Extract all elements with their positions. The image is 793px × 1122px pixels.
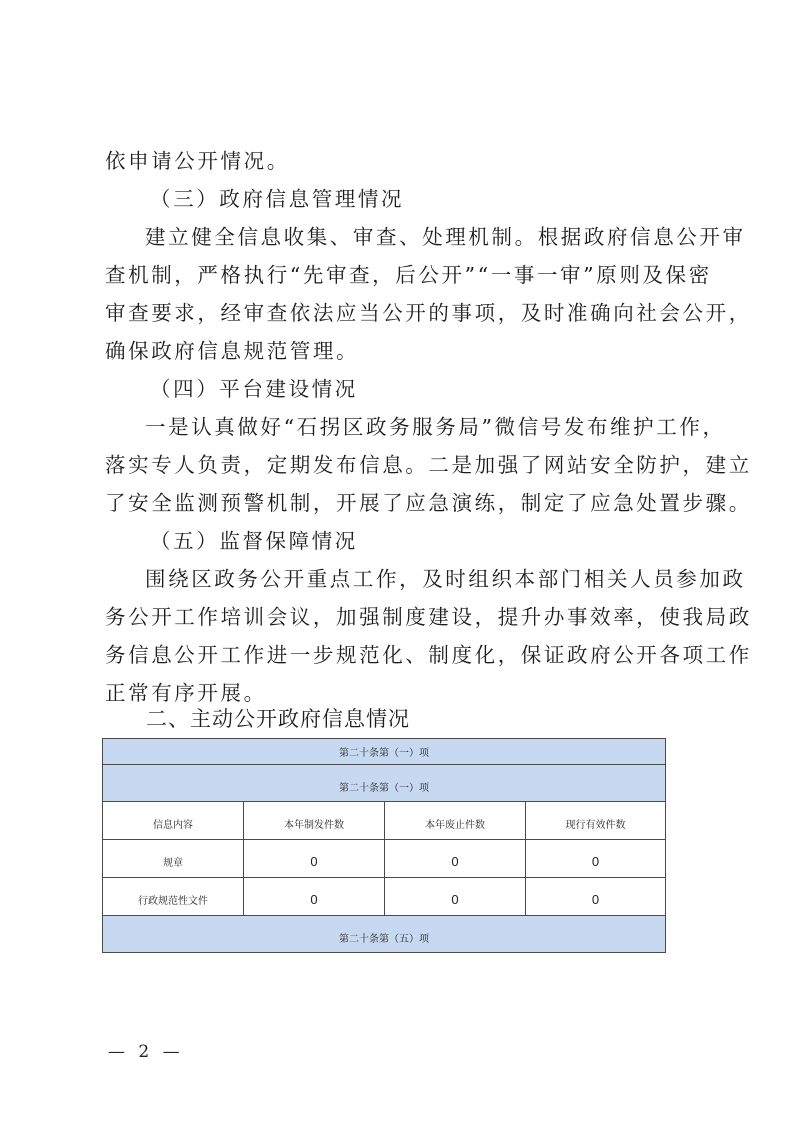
section-4-line-2: 落实专人负责，定期发布信息。二是加强了网站安全防护，建立: [105, 446, 690, 484]
table-footer-cell: 第二十条第（五）项: [103, 916, 666, 953]
table-header-row: 信息内容 本年制发件数 本年废止件数 现行有效件数: [103, 802, 666, 840]
valid-count: 0: [526, 840, 666, 878]
section-heading-5: （五）监督保障情况: [150, 522, 358, 560]
section-4-line-1: 一是认真做好“石拐区政务服务局”微信号发布维护工作，: [145, 408, 690, 446]
column-header: 本年制发件数: [244, 802, 385, 840]
section-heading-4: （四）平台建设情况: [150, 370, 358, 408]
section-4-line-3: 了安全监测预警机制，开展了应急演练，制定了应急处置步骤。: [105, 484, 690, 522]
issued-count: 0: [244, 878, 385, 916]
section-heading-3: （三）政府信息管理情况: [150, 180, 404, 218]
abolished-count: 0: [385, 840, 526, 878]
valid-count: 0: [526, 878, 666, 916]
column-header: 本年废止件数: [385, 802, 526, 840]
table-row: 规章 0 0 0: [103, 840, 666, 878]
table-title-cell: 第二十条第（一）项: [103, 739, 666, 765]
table-footer-row: 第二十条第（五）项: [103, 916, 666, 953]
issued-count: 0: [244, 840, 385, 878]
table-row: 行政规范性文件 0 0 0: [103, 878, 666, 916]
section-3-line-3: 审查要求，经审查依法应当公开的事项，及时准确向社会公开，: [105, 294, 690, 332]
abolished-count: 0: [385, 878, 526, 916]
column-header: 现行有效件数: [526, 802, 666, 840]
page-number: — 2 —: [108, 1042, 184, 1062]
section-3-line-2: 查机制，严格执行“先审查，后公开”“一事一审”原则及保密: [105, 256, 690, 294]
table-subtitle-cell: 第二十条第（一）项: [103, 765, 666, 802]
section-5-line-3: 务信息公开工作进一步规范化、制度化，保证政府公开各项工作: [105, 636, 690, 674]
row-label: 行政规范性文件: [103, 878, 244, 916]
row-label: 规章: [103, 840, 244, 878]
document-page: 依申请公开情况。 （三）政府信息管理情况 建立健全信息收集、审查、处理机制。根据…: [0, 0, 793, 1122]
column-header: 信息内容: [103, 802, 244, 840]
paragraph-tail: 依申请公开情况。: [105, 142, 690, 180]
section-5-line-2: 务公开工作培训会议，加强制度建设，提升办事效率，使我局政: [105, 598, 690, 636]
section-3-line-1: 建立健全信息收集、审查、处理机制。根据政府信息公开审: [145, 218, 690, 256]
table-subtitle-row: 第二十条第（一）项: [103, 765, 666, 802]
section-3-line-4: 确保政府信息规范管理。: [105, 332, 690, 370]
section-5-line-1: 围绕区政务公开重点工作，及时组织本部门相关人员参加政: [145, 560, 690, 598]
disclosure-table: 第二十条第（一）项 第二十条第（一）项 信息内容 本年制发件数 本年废止件数 现…: [102, 738, 666, 953]
main-heading: 二、主动公开政府信息情况: [146, 700, 410, 738]
table-title-row: 第二十条第（一）项: [103, 739, 666, 765]
